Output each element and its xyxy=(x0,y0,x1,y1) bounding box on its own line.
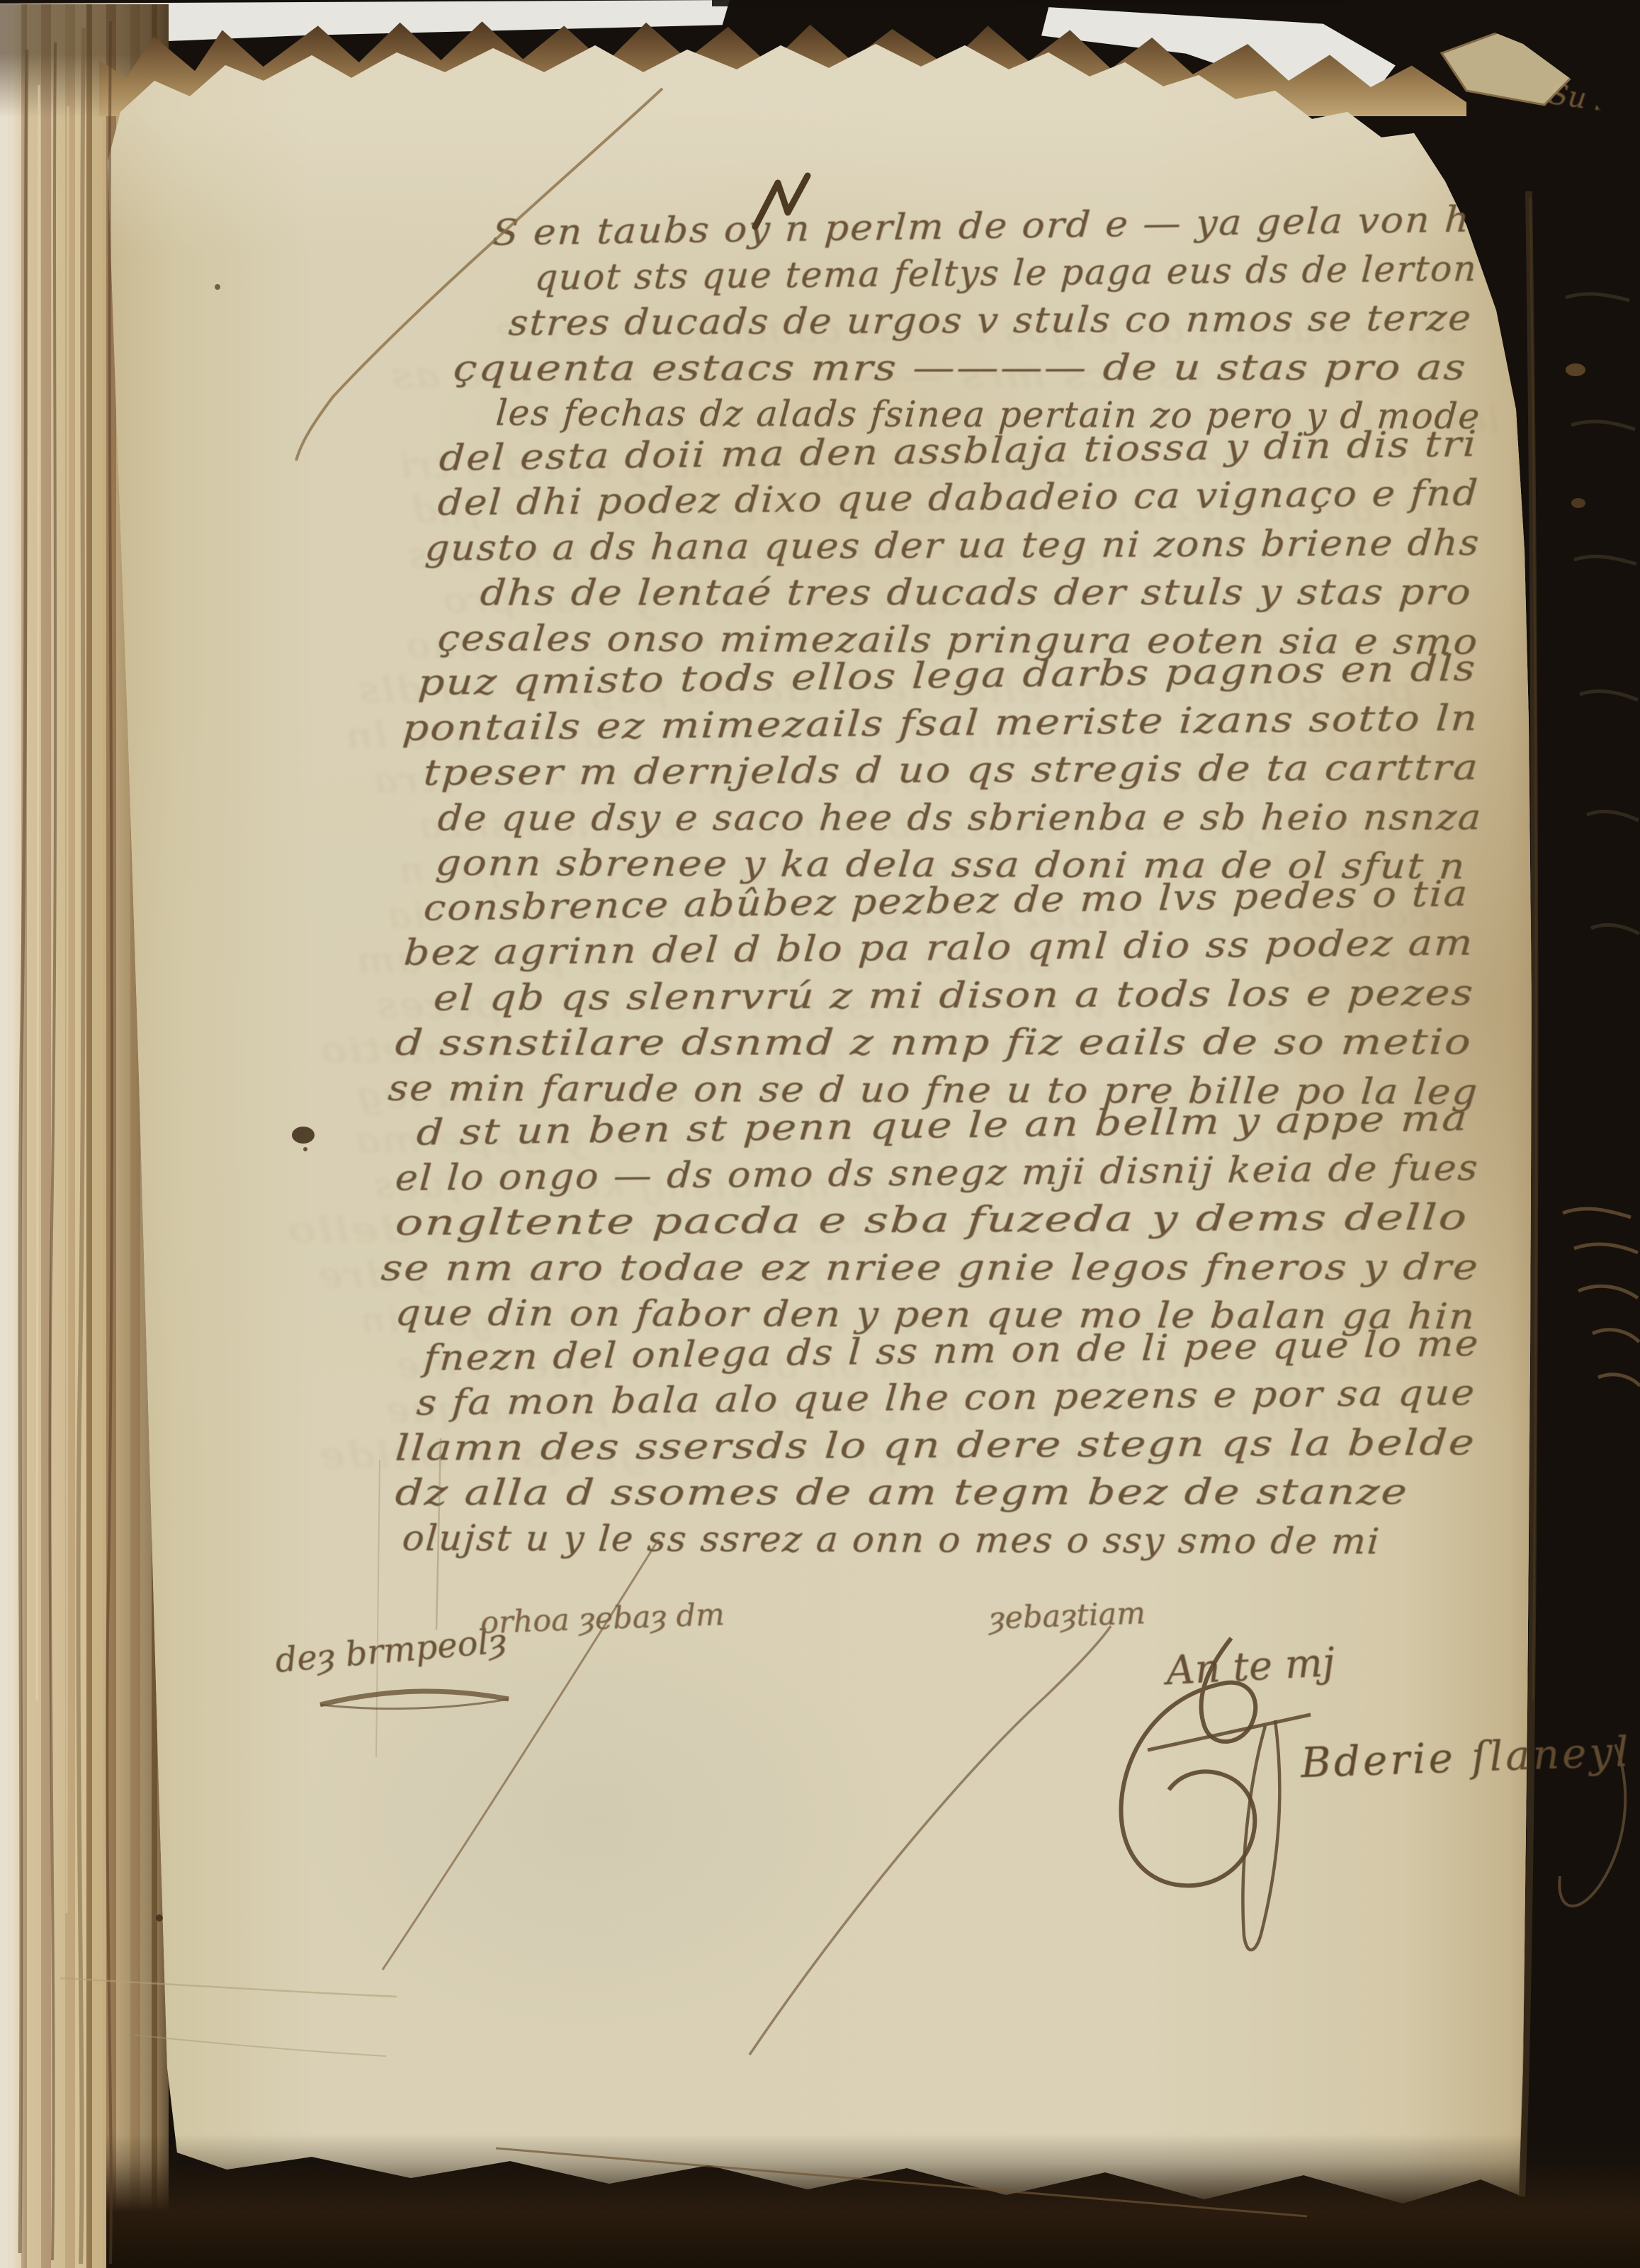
manuscript-line: çquenta estacs mrs ———— de u stas pro as xyxy=(452,347,1469,389)
manuscript-line: de que dsy e saco hee ds sbrienba e sb h… xyxy=(436,797,1483,839)
manuscript-line: d ssnstilare dsnmd z nmp fiz eails de so… xyxy=(394,1022,1474,1064)
manuscript-line: gusto a ds hana ques der ua teg ni zons … xyxy=(424,522,1481,569)
manuscript-line: dz alla d ssomes de am tegm bez de stanz… xyxy=(394,1472,1410,1513)
manuscript-line: dhs de lentaé tres ducads der stuls y st… xyxy=(479,572,1474,614)
photo-background-strip xyxy=(712,0,1346,6)
manuscript-line: olujst u y le ss ssrez a onn o mes o ssy… xyxy=(401,1518,1382,1562)
manuscript-line: tpeser m dernjelds d uo qs stregis de ta… xyxy=(422,747,1481,794)
manuscript-line: se nm aro todae ez nriee gnie legos fner… xyxy=(380,1247,1481,1289)
attestation-ante-mi: An te mj xyxy=(1165,1640,1335,1694)
manuscript-line: el qb qs slenrvrú z mi dison a tods los … xyxy=(432,972,1476,1019)
book-photo: stres ducads de urgos v stuls co nmos se… xyxy=(0,0,1640,2268)
name-note: ȝebaȝtiam xyxy=(988,1596,1146,1637)
bottom-page-edges xyxy=(106,2134,1640,2268)
manuscript-line: ongltente pacda e sba fuzeda y dems dell… xyxy=(394,1197,1469,1243)
manuscript-line: llamn des ssersds lo qn dere stegn qs la… xyxy=(394,1422,1477,1469)
manuscript-line: stres ducads de urgos v stuls co nmos se… xyxy=(507,298,1474,344)
